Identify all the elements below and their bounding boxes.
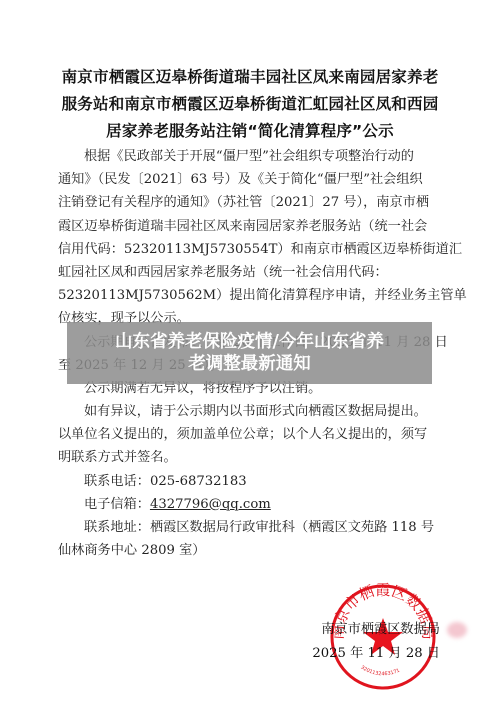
signature-org: 南京市栖霞区数据局 — [300, 618, 440, 642]
body-line: 如有异议，请于公示期内以书面形式向栖霞区数据局提出。 — [58, 400, 442, 423]
headline-overlay-banner[interactable]: 山东省养老保险疫情/今年山东省养 老调整最新通知 — [67, 322, 432, 384]
email-label: 电子信箱： — [84, 497, 150, 512]
body-line: 信用代码：52320113MJ5730554T）和南京市栖霞区迈皋桥街道汇 — [58, 238, 442, 261]
body-line: 52320113MJ5730562M）提出简化清算程序申请，并经业务主管单 — [58, 284, 442, 307]
address-line-1: 栖霞区数据局行政审批科（栖霞区文苑路 118 号 — [150, 520, 434, 535]
title-line-1: 南京市栖霞区迈皋桥街道瑞丰园社区凤来南园居家养老 — [40, 64, 460, 91]
phone-value: 025-68732183 — [150, 474, 247, 489]
svg-text:3201132463171: 3201132463171 — [359, 665, 400, 678]
banner-line-2: 老调整最新通知 — [188, 353, 311, 375]
body-line: 通知》（民发〔2021〕63 号）及《关于简化“僵尸型”社会组织 — [58, 168, 442, 191]
body-line: 根据《民政部关于开展“僵尸型”社会组织专项整治行动的 — [58, 145, 442, 168]
body-line: 虹园社区凤和西园居家养老服务站（统一社会信用代码： — [58, 261, 442, 284]
body-line: 明联系方式并签名。 — [58, 446, 442, 469]
contact-address: 联系地址：栖霞区数据局行政审批科（栖霞区文苑路 118 号 — [58, 516, 442, 539]
title-line-3: 居家养老服务站注销“简化清算程序”公示 — [40, 118, 460, 145]
ink-smudge — [447, 622, 467, 638]
contact-phone: 联系电话：025-68732183 — [58, 470, 442, 493]
banner-line-1: 山东省养老保险疫情/今年山东省养 — [115, 331, 384, 353]
title-line-2: 服务站和南京市栖霞区迈皋桥街道汇虹园社区凤和西园 — [40, 91, 460, 118]
email-link[interactable]: 4327796@qq.com — [150, 497, 271, 512]
body-line: 霞区迈皋桥街道瑞丰园社区凤来南园居家养老服务站（统一社会 — [58, 215, 442, 238]
contact-email: 电子信箱：4327796@qq.com — [58, 493, 442, 516]
document-title: 南京市栖霞区迈皋桥街道瑞丰园社区凤来南园居家养老 服务站和南京市栖霞区迈皋桥街道… — [40, 64, 460, 145]
body-line: 注销登记有关程序的通知》（苏社管〔2021〕27 号），南京市栖 — [58, 191, 442, 214]
signature-date: 2025 年 11 月 28 日 — [300, 642, 440, 666]
address-label: 联系地址： — [84, 520, 150, 535]
signature-block: 南京市栖霞区数据局 2025 年 11 月 28 日 — [300, 618, 440, 666]
phone-label: 联系电话： — [84, 474, 150, 489]
address-line-2: 仙林商务中心 2809 室） — [58, 539, 442, 562]
body-line: 以单位名义提出的，须加盖单位公章；以个人名义提出的，须写 — [58, 423, 442, 446]
